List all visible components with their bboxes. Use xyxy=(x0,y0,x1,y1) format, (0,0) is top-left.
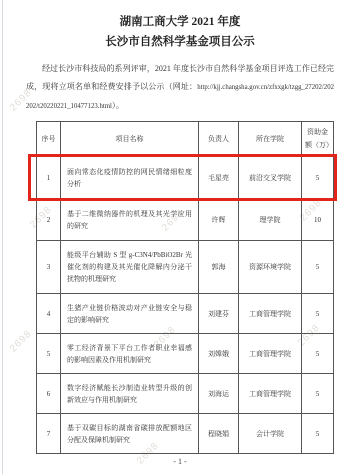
intro-paragraph: 经过长沙市科技局的系列评审，2021 年度长沙市自然科学基金项目评选工作已经完成… xyxy=(26,60,334,116)
projects-table: 序号 项目名称 负责人 所在学院 资助金额（万） 1 面向常态化疫情防控的网民情… xyxy=(36,121,334,454)
cell-leader: 郭海 xyxy=(199,241,239,293)
intro-close: ）。 xyxy=(112,101,124,110)
table-row: 7 基于双碳目标的湖南省碳排放配额地区分配及保障机制研究 程晓娟 会计学院 5 xyxy=(37,414,333,454)
cell-project-name: 数字经济赋能长沙制造业转型升级的创新效应与作用机制研究 xyxy=(61,374,199,413)
header-project-name: 项目名称 xyxy=(61,122,199,156)
cell-leader: 许辉 xyxy=(199,200,239,240)
table-header-row: 序号 项目名称 负责人 所在学院 资助金额（万） xyxy=(37,122,333,157)
watermark: 2698 xyxy=(8,328,34,354)
cell-amount: 10 xyxy=(302,200,333,240)
table-row: 2 基于二维微纳器件的机理及其光学应用的研究 许辉 理学院 10 xyxy=(37,200,333,241)
table-row: 1 面向常态化疫情防控的网民情绪细粒度分析 毛星亮 前沿交叉学院 5 xyxy=(37,157,333,200)
page-number: - 1 - xyxy=(0,457,360,466)
cell-college: 前沿交叉学院 xyxy=(239,157,302,199)
cell-leader: 刘嫦娥 xyxy=(199,334,239,373)
cell-amount: 5 xyxy=(302,157,333,199)
cell-college: 工商管理学院 xyxy=(239,294,302,333)
cell-amount: 5 xyxy=(302,334,333,373)
cell-leader: 毛星亮 xyxy=(199,157,239,199)
table-row: 3 能级平台辅助 S 型 g-C3N4/PbBiO2Br 光催化剂的构建及其光催… xyxy=(37,241,333,294)
cell-no: 3 xyxy=(37,241,61,293)
header-college: 所在学院 xyxy=(239,122,302,156)
table-row: 4 生猪产业链价格波动对产业链安全与稳定的影响研究 刘建芬 工商管理学院 5 xyxy=(37,294,333,334)
cell-leader: 程晓娟 xyxy=(199,414,239,453)
cell-no: 7 xyxy=(37,414,61,453)
cell-amount: 5 xyxy=(302,241,333,293)
header-no: 序号 xyxy=(37,122,61,156)
cell-project-name: 面向常态化疫情防控的网民情绪细粒度分析 xyxy=(61,157,199,199)
page-left-edge xyxy=(2,0,3,474)
cell-project-name: 生猪产业链价格波动对产业链安全与稳定的影响研究 xyxy=(61,294,199,333)
cell-project-name: 基于二维微纳器件的机理及其光学应用的研究 xyxy=(61,200,199,240)
cell-amount: 5 xyxy=(302,374,333,413)
table-row: 6 数字经济赋能长沙制造业转型升级的创新效应与作用机制研究 刘海运 工商管理学院… xyxy=(37,374,333,414)
cell-project-name: 能级平台辅助 S 型 g-C3N4/PbBiO2Br 光催化剂的构建及其光催化降… xyxy=(61,241,199,293)
header-leader: 负责人 xyxy=(199,122,239,156)
header-amount: 资助金额（万） xyxy=(302,122,333,156)
cell-no: 6 xyxy=(37,374,61,413)
cell-no: 5 xyxy=(37,334,61,373)
cell-college: 会计学院 xyxy=(239,414,302,453)
title-line-2: 长沙市自然科学基金项目公示 xyxy=(0,32,360,52)
cell-college: 资源环境学院 xyxy=(239,241,302,293)
cell-no: 1 xyxy=(37,157,61,199)
cell-no: 4 xyxy=(37,294,61,333)
document-title: 湖南工商大学 2021 年度 长沙市自然科学基金项目公示 xyxy=(0,0,360,52)
title-line-1: 湖南工商大学 2021 年度 xyxy=(0,12,360,32)
cell-leader: 刘建芬 xyxy=(199,294,239,333)
cell-no: 2 xyxy=(37,200,61,240)
cell-college: 理学院 xyxy=(239,200,302,240)
table-row: 5 零工经济背景下平台工作者职业幸福感的影响因素及作用机制研究 刘嫦娥 工商管理… xyxy=(37,334,333,374)
cell-college: 工商管理学院 xyxy=(239,374,302,413)
cell-project-name: 零工经济背景下平台工作者职业幸福感的影响因素及作用机制研究 xyxy=(61,334,199,373)
cell-college: 工商管理学院 xyxy=(239,334,302,373)
cell-project-name: 基于双碳目标的湖南省碳排放配额地区分配及保障机制研究 xyxy=(61,414,199,453)
cell-leader: 刘海运 xyxy=(199,374,239,413)
cell-amount: 5 xyxy=(302,294,333,333)
cell-amount: 5 xyxy=(302,414,333,453)
